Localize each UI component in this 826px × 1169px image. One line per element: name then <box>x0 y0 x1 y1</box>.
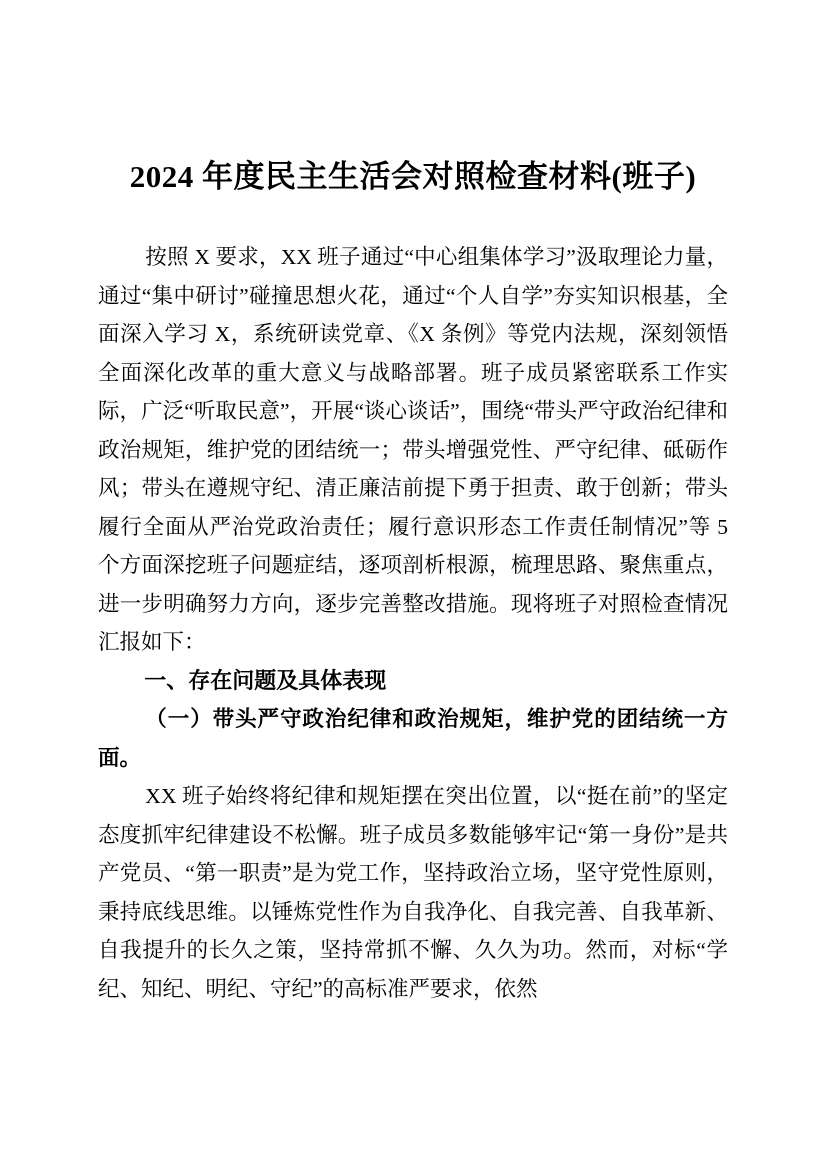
document-page: 2024 年度民主生活会对照检查材料(班子) 按照 X 要求，XX 班子通过“中… <box>0 0 826 1169</box>
section-heading: 一、存在问题及具体表现 <box>98 662 728 701</box>
subsection-heading: （一）带头严守政治纪律和政治规矩，维护党的团结统一方面。 <box>98 700 728 777</box>
document-content: 2024 年度民主生活会对照检查材料(班子) 按照 X 要求，XX 班子通过“中… <box>0 155 826 1008</box>
intro-paragraph: 按照 X 要求，XX 班子通过“中心组集体学习”汲取理论力量，通过“集中研讨”碰… <box>98 238 728 662</box>
body-paragraph: XX 班子始终将纪律和规矩摆在突出位置，以“挺在前”的坚定态度抓牢纪律建设不松懈… <box>98 777 728 1008</box>
document-title: 2024 年度民主生活会对照检查材料(班子) <box>98 155 728 199</box>
